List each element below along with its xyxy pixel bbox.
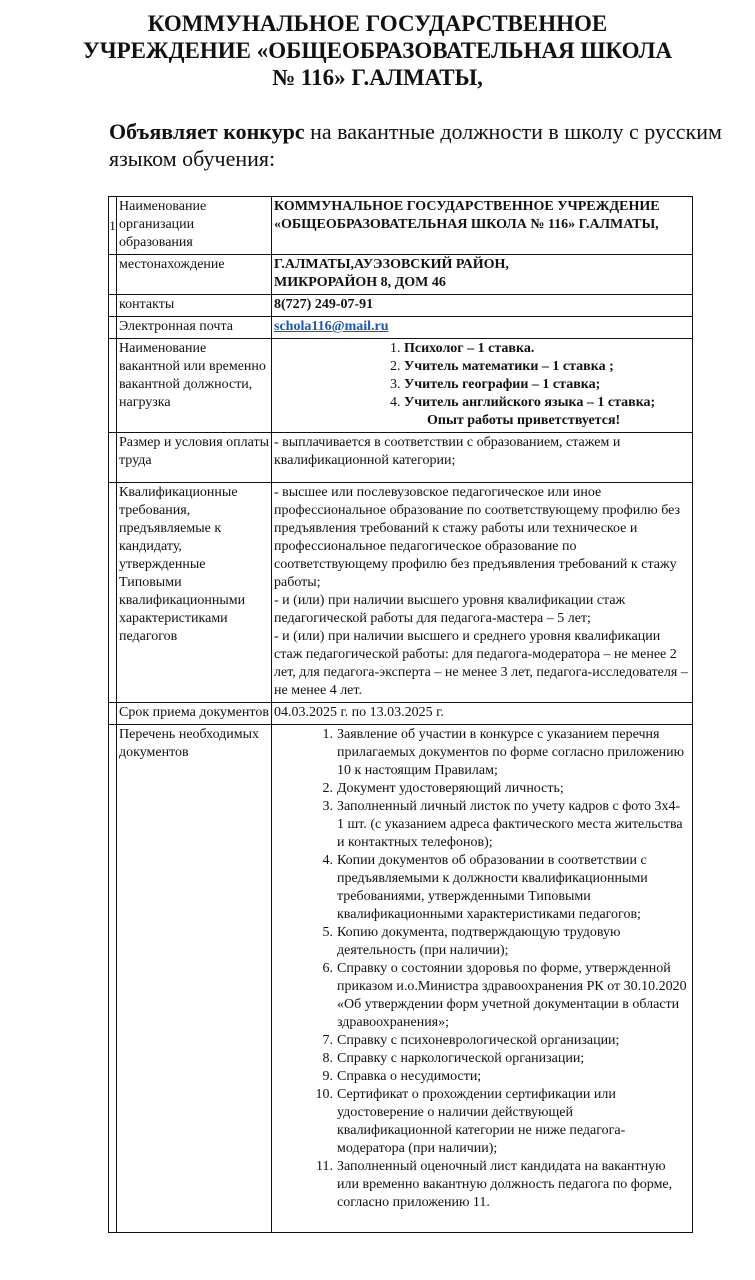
table-row-email: Электронная почта schola116@mail.ru [109, 317, 693, 339]
list-item: 3.Заполненный личный листок по учету кад… [274, 798, 690, 852]
value-phone: 8(727) 249-07-91 [272, 295, 693, 317]
list-item: 11.Заполненный оценочный лист кандидата … [274, 1158, 690, 1212]
table-row-organization: 1 Наименование организации образования К… [109, 197, 693, 255]
row-number: 1 [109, 197, 117, 255]
value-salary: - выплачивается в соответствии с образов… [272, 433, 693, 483]
label-contacts: контакты [117, 295, 272, 317]
table-row-contacts: контакты 8(727) 249-07-91 [109, 295, 693, 317]
label-vacancies: Наименование вакантной или временно вака… [117, 339, 272, 433]
vacancy-table: 1 Наименование организации образования К… [108, 196, 693, 1233]
list-item: 1. Психолог – 1 ставка. [274, 340, 690, 358]
list-item: 8.Справку с наркологической организации; [274, 1050, 690, 1068]
intro-bold: Объявляет конкурс [109, 119, 305, 144]
label-organization: Наименование организации образования [117, 197, 272, 255]
value-vacancies: 1. Психолог – 1 ставка. 2. Учитель матем… [272, 339, 693, 433]
table-row-documents: Перечень необходимых документов 1.Заявле… [109, 725, 693, 1233]
title-line: № 116» Г.АЛМАТЫ, [0, 64, 755, 91]
label-location: местонахождение [117, 255, 272, 295]
experience-note: Опыт работы приветствуется! [274, 412, 690, 430]
list-item: 2.Документ удостоверяющий личность; [274, 780, 690, 798]
table-row-location: местонахождение Г.АЛМАТЫ,АУЭЗОВСКИЙ РАЙО… [109, 255, 693, 295]
label-deadline: Срок приема документов [117, 703, 272, 725]
label-documents: Перечень необходимых документов [117, 725, 272, 1233]
intro-paragraph: Объявляет конкурс на вакантные должности… [109, 118, 729, 172]
value-organization: КОММУНАЛЬНОЕ ГОСУДАРСТВЕННОЕ УЧРЕЖДЕНИЕ … [272, 197, 693, 255]
vacancy-list: 1. Психолог – 1 ставка. 2. Учитель матем… [274, 340, 690, 412]
email-link[interactable]: schola116@mail.ru [274, 319, 389, 334]
value-qualifications: - высшее или послевузовское педагогическ… [272, 483, 693, 703]
list-item: 5.Копию документа, подтверждающую трудов… [274, 924, 690, 960]
list-item: 3. Учитель географии – 1 ставка; [274, 376, 690, 394]
title-line: УЧРЕЖДЕНИЕ «ОБЩЕОБРАЗОВАТЕЛЬНАЯ ШКОЛА [0, 37, 755, 64]
table-row-deadline: Срок приема документов 04.03.2025 г. по … [109, 703, 693, 725]
value-deadline: 04.03.2025 г. по 13.03.2025 г. [272, 703, 693, 725]
label-qualifications: Квалификационные требования, предъявляем… [117, 483, 272, 703]
title-line: КОММУНАЛЬНОЕ ГОСУДАРСТВЕННОЕ [0, 10, 755, 37]
list-item: 4.Копии документов об образовании в соот… [274, 852, 690, 924]
document-title: КОММУНАЛЬНОЕ ГОСУДАРСТВЕННОЕ УЧРЕЖДЕНИЕ … [0, 10, 755, 91]
list-item: 4. Учитель английского языка – 1 ставка; [274, 394, 690, 412]
list-item: 7.Справку с психоневрологической организ… [274, 1032, 690, 1050]
table-row-qualifications: Квалификационные требования, предъявляем… [109, 483, 693, 703]
list-item: 2. Учитель математики – 1 ставка ; [274, 358, 690, 376]
value-location: Г.АЛМАТЫ,АУЭЗОВСКИЙ РАЙОН, МИКРОРАЙОН 8,… [272, 255, 693, 295]
list-item: 1.Заявление об участии в конкурсе с указ… [274, 726, 690, 780]
table-row-salary: Размер и условия оплаты труда - выплачив… [109, 433, 693, 483]
documents-list: 1.Заявление об участии в конкурсе с указ… [274, 726, 690, 1212]
label-salary: Размер и условия оплаты труда [117, 433, 272, 483]
list-item: 9.Справка о несудимости; [274, 1068, 690, 1086]
list-item: 10.Сертификат о прохождении сертификации… [274, 1086, 690, 1158]
label-email: Электронная почта [117, 317, 272, 339]
table-row-vacancies: Наименование вакантной или временно вака… [109, 339, 693, 433]
list-item: 6.Справку о состоянии здоровья по форме,… [274, 960, 690, 1032]
value-documents: 1.Заявление об участии в конкурсе с указ… [272, 725, 693, 1233]
